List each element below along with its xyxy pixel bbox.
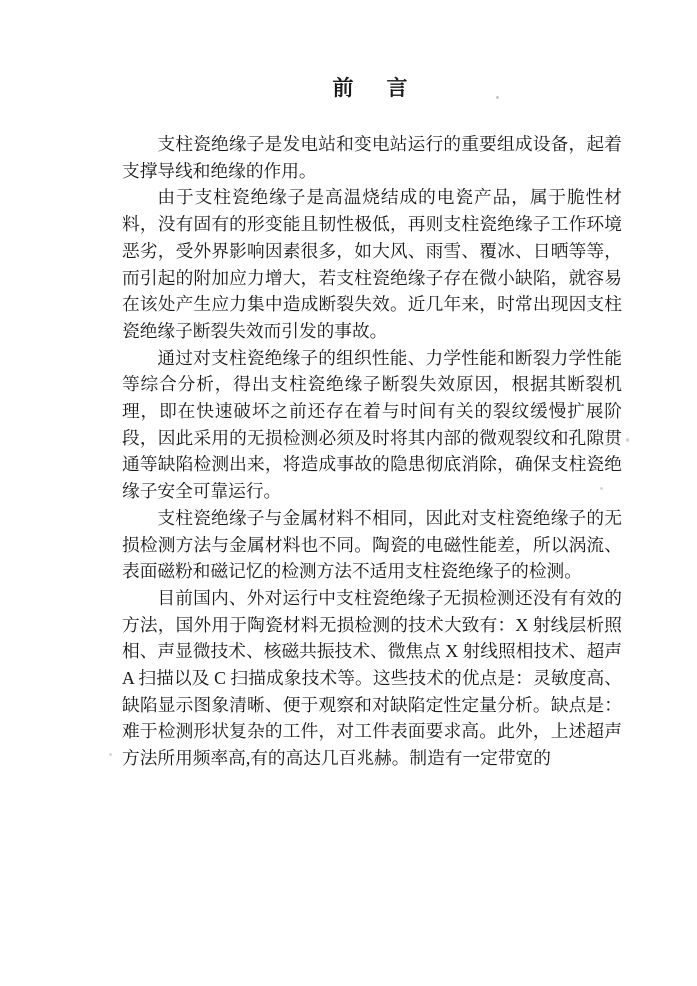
- paragraph: 支柱瓷绝缘子与金属材料不相同，因此对支柱瓷绝缘子的无损检测方法与金属材料也不同。…: [122, 505, 622, 585]
- scan-speck: [600, 487, 603, 490]
- scanned-document-page: 前 言 支柱瓷绝缘子是发电站和变电站运行的重要组成设备，起着支撑导线和绝缘的作用…: [0, 0, 697, 986]
- page-title: 前 言: [123, 72, 623, 102]
- scan-speck: [626, 438, 629, 442]
- scan-speck: [109, 753, 112, 756]
- paragraph: 通过对支柱瓷绝缘子的组织性能、力学性能和断裂力学性能等综合分析，得出支柱瓷绝缘子…: [122, 345, 622, 505]
- preface-body: 支柱瓷绝缘子是发电站和变电站运行的重要组成设备，起着支撑导线和绝缘的作用。由于支…: [122, 131, 622, 772]
- paragraph: 目前国内、外对运行中支柱瓷绝缘子无损检测还没有有效的方法，国外用于陶瓷材料无损检…: [122, 585, 622, 772]
- paragraph: 由于支柱瓷绝缘子是高温烧结成的电瓷产品，属于脆性材料，没有固有的形变能且韧性极低…: [122, 184, 622, 344]
- paragraph: 支柱瓷绝缘子是发电站和变电站运行的重要组成设备，起着支撑导线和绝缘的作用。: [122, 131, 622, 184]
- scan-speck: [496, 96, 499, 99]
